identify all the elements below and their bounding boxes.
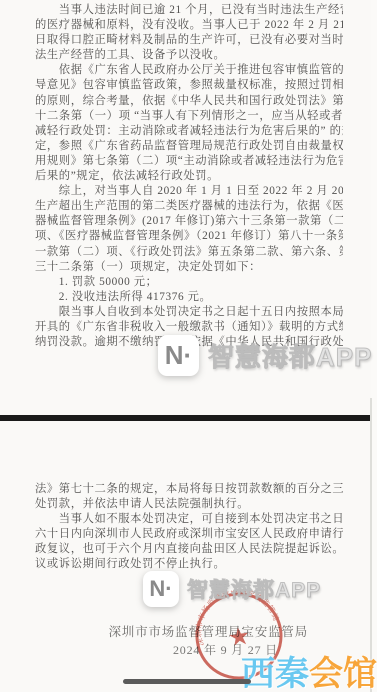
issuing-authority: 深圳市市场监督管理局宝安监管局 [109,622,308,640]
document-line: 当事人违法时间已逾 21 个月，已没有当时违法生产经营 [35,3,343,18]
document-line: 当事人如不服本处罚决定，可自接到本处罚决定书之日起 [35,512,343,527]
document-line: 三十二条第（一）项规定，决定处罚如下： [35,260,343,275]
document-line: 纳罚没款。逾期不缴纳罚款，依据《中华人民共和国行政处罚 [35,335,343,350]
penalty-item-confiscation: 2. 没收违法所得 417376 元。 [35,290,343,305]
document-line: 议或诉讼期间行政处罚不停止执行。 [35,557,343,572]
page-edge-line [370,398,372,692]
document-line: 的医疗器械和原料，没有没收。当事人已于 2022 年 2 月 21 [35,18,343,33]
page2-text-block: 法》第七十二条的规定，本局将每日按罚款数额的百分之三加 处罚款，并依法申请人民法… [35,482,343,573]
document-line: 生产超出生产范围的第二类医疗器械的违法行为，依据《医疗 [35,199,343,214]
document-line: 后果的”规定，依法减轻行政处罚。 [35,169,343,184]
document-line: 依据《广东省人民政府办公厅关于推进包容审慎监管的指 [35,63,343,78]
document-line: 的原则，综合考量，依据《中华人民共和国行政处罚法》第三 [35,94,343,109]
document-line: 减轻行政处罚：主动消除或者减轻违法行为危害后果的” 的规 [35,124,343,139]
document-line: 限当事人自收到本处罚决定书之日起十五日内按照本局 [35,305,343,320]
document-line: 综上，对当事人自 2020 年 1 月 1 日至 2022 年 2 月 20 日 [35,184,343,199]
document-line: 一款第（二）项、《行政处罚法》第五条第二款、第六条、第 [35,245,343,260]
document-line: 用规则》第七条第（二）项“主动消除或者减轻违法行为危害 [35,154,343,169]
page-separator [0,415,371,421]
document-line: 定，参照《广东省药品监督管理局规范行政处罚自由裁量权适 [35,139,343,154]
document-line: 日取得口腔正畸材料及制品的生产许可，已没有必要对当时违 [35,33,343,48]
issue-date: 2024 年 9 月 27 日 [173,641,278,658]
document-line: 导意见》包容审慎监管政策，参照裁量权标准，按照过罚相当 [35,78,343,93]
home-indicator[interactable] [123,679,251,684]
document-line: 法》第七十二条的规定，本局将每日按罚款数额的百分之三加 [35,482,343,497]
document-line: 政复议，也可于六个月内直接向盐田区人民法院提起诉讼。复 [35,542,343,557]
document-line: 处罚款，并依法申请人民法院强制执行。 [35,497,343,512]
document-line: 器械监督管理条例》(2017 年修订)第六十三条第一款第（二） [35,214,343,229]
page1-text-block: 当事人违法时间已逾 21 个月，已没有当时违法生产经营 的医疗器械和原料，没有没… [35,3,343,350]
document-line: 十二条第（一）项 “当事人有下列情形之一，应当从轻或者 [35,109,343,124]
document-line: 开具的《广东省非税收入一般缴款书（通知）》载明的方式缴 [35,320,343,335]
document-line: 六十日内向深圳市人民政府或深圳市宝安区人民政府申请行 [35,527,343,542]
penalty-item-fine: 1. 罚款 50000 元； [35,275,343,290]
document-line: 法生产经营的工具、设备予以没收。 [35,48,343,63]
document-line: 项、《医疗器械监督管理条例》（2021 年修订）第八十一条第 [35,229,343,244]
